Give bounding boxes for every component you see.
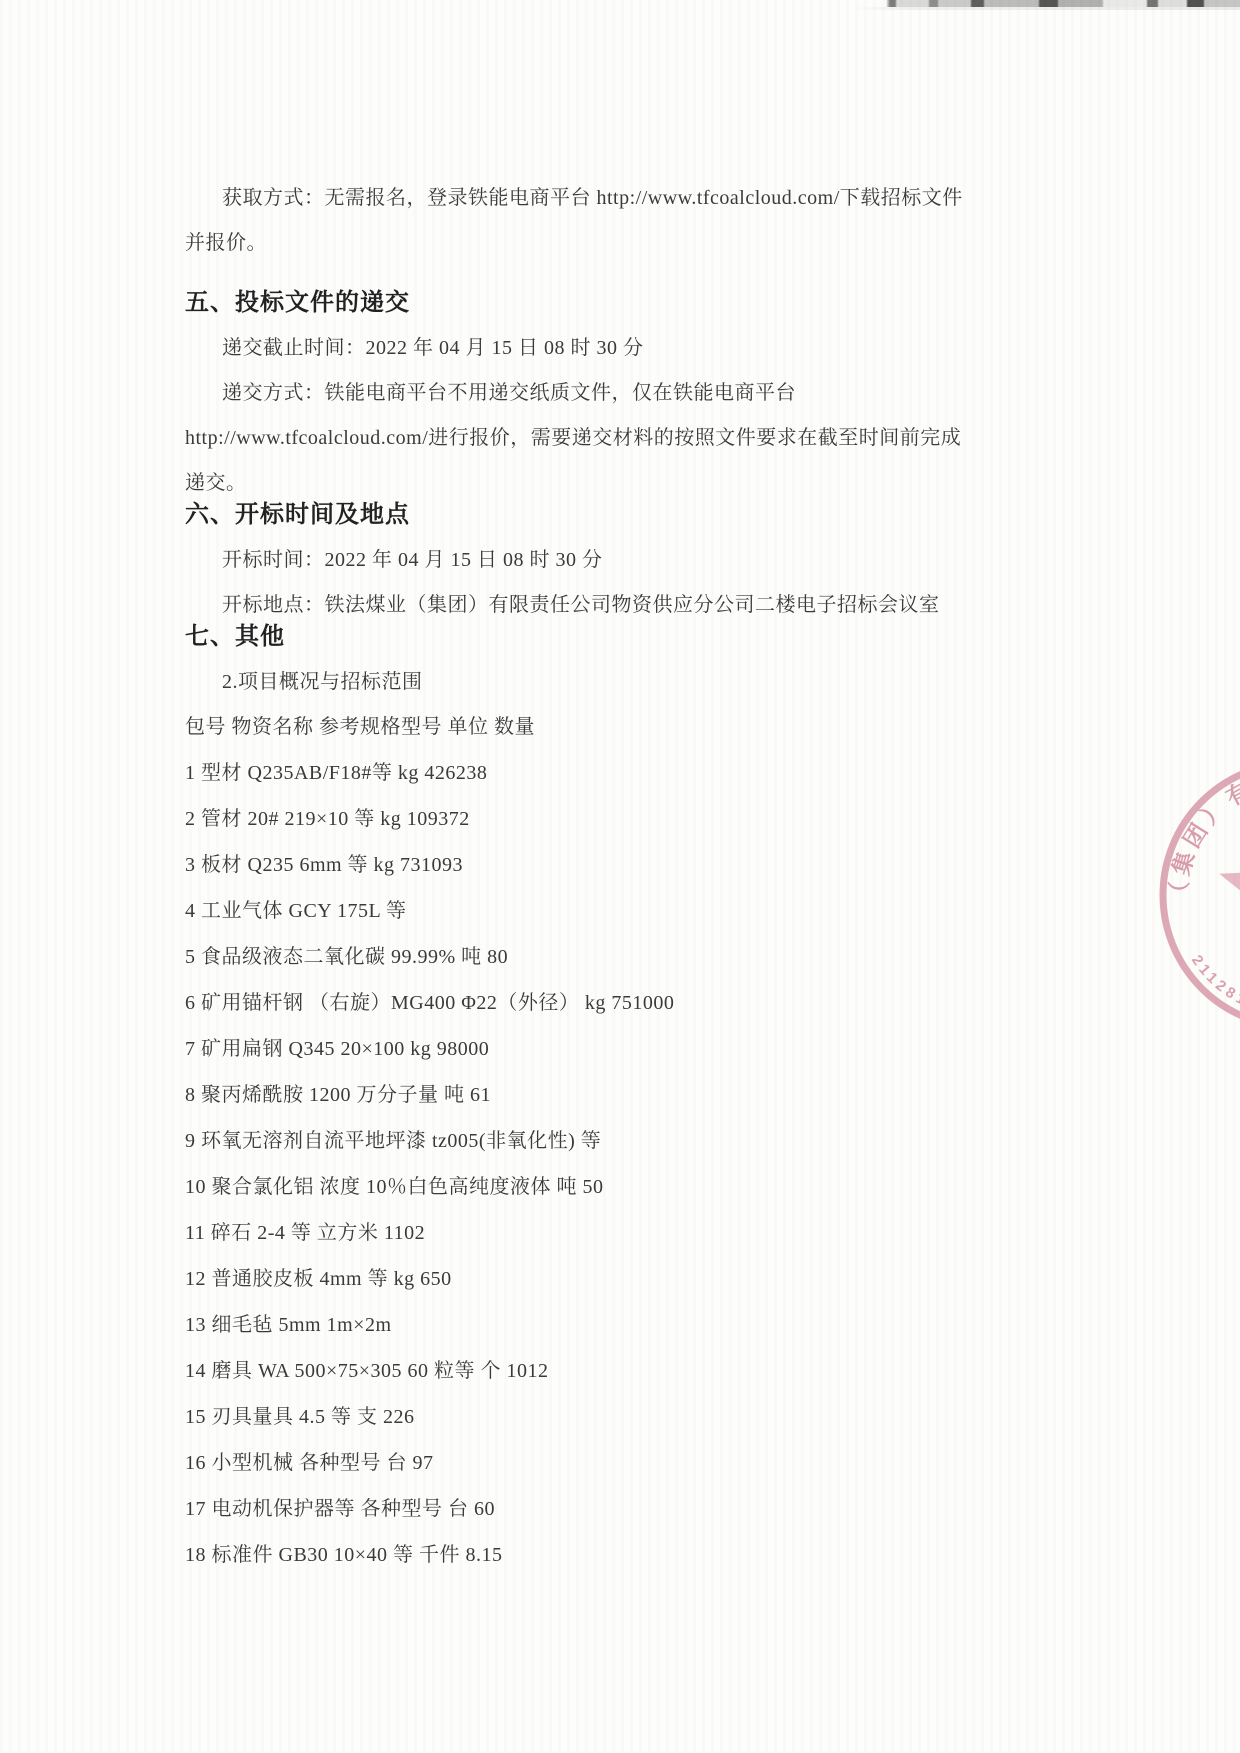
- material-row: 10 聚合氯化铝 浓度 10％白色高纯度液体 吨 50: [185, 1164, 1015, 1210]
- submission-method-line: 递交方式：铁能电商平台不用递交纸质文件，仅在铁能电商平台: [185, 371, 1015, 416]
- section6-heading: 六、开标时间及地点: [185, 492, 1015, 538]
- material-row: 2 管材 20# 219×10 等 kg 109372: [185, 796, 1015, 842]
- material-row: 17 电动机保护器等 各种型号 台 60: [185, 1486, 1015, 1532]
- material-row: 5 食品级液态二氧化碳 99.99% 吨 80: [185, 934, 1015, 980]
- material-row: 18 标准件 GB30 10×40 等 千件 8.15: [185, 1532, 1015, 1578]
- document-page: 获取方式：无需报名，登录铁能电商平台 http://www.tfcoalclou…: [0, 0, 1240, 1753]
- submission-url-line: http://www.tfcoalcloud.com/进行报价，需要递交材料的按…: [185, 416, 1015, 461]
- bid-opening-place-line: 开标地点：铁法煤业（集团）有限责任公司物资供应分公司二楼电子招标会议室: [185, 583, 1015, 628]
- material-row: 6 矿用锚杆钢 （右旋）MG400 Φ22（外径） kg 751000: [185, 980, 1015, 1026]
- material-row: 15 刃具量具 4.5 等 支 226: [185, 1394, 1015, 1440]
- material-row: 7 矿用扁钢 Q345 20×100 kg 98000: [185, 1026, 1015, 1072]
- scan-artifact-shadow: [850, 7, 1240, 10]
- section5-heading: 五、投标文件的递交: [185, 280, 1015, 326]
- scan-artifact-strip: [850, 0, 1240, 7]
- material-row: 14 磨具 WA 500×75×305 60 粒等 个 1012: [185, 1348, 1015, 1394]
- submission-deadline-line: 递交截止时间：2022 年 04 月 15 日 08 时 30 分: [185, 326, 1015, 371]
- seal-star-icon: [1219, 815, 1240, 969]
- material-row: 13 细毛毡 5mm 1m×2m: [185, 1302, 1015, 1348]
- intro-line-1: 获取方式：无需报名，登录铁能电商平台 http://www.tfcoalclou…: [185, 176, 1015, 221]
- project-scope-subtitle: 2.项目概况与招标范围: [185, 660, 1015, 705]
- material-row: 12 普通胶皮板 4mm 等 kg 650: [185, 1256, 1015, 1302]
- official-seal-stamp: （集团）有限 211281: [1140, 730, 1240, 1030]
- material-row: 11 碎石 2-4 等 立方米 1102: [185, 1210, 1015, 1256]
- material-row: 8 聚丙烯酰胺 1200 万分子量 吨 61: [185, 1072, 1015, 1118]
- material-row: 3 板材 Q235 6mm 等 kg 731093: [185, 842, 1015, 888]
- bid-opening-time-line: 开标时间：2022 年 04 月 15 日 08 时 30 分: [185, 538, 1015, 583]
- material-row: 9 环氧无溶剂自流平地坪漆 tz005(非氧化性) 等: [185, 1118, 1015, 1164]
- material-row: 16 小型机械 各种型号 台 97: [185, 1440, 1015, 1486]
- document-content: 获取方式：无需报名，登录铁能电商平台 http://www.tfcoalclou…: [185, 176, 1015, 1578]
- material-row: 1 型材 Q235AB/F18#等 kg 426238: [185, 750, 1015, 796]
- material-list: 1 型材 Q235AB/F18#等 kg 4262382 管材 20# 219×…: [185, 750, 1015, 1578]
- material-row: 4 工业气体 GCY 175L 等: [185, 888, 1015, 934]
- intro-line-2: 并报价。: [185, 221, 1015, 266]
- materials-table-header: 包号 物资名称 参考规格型号 单位 数量: [185, 705, 1015, 750]
